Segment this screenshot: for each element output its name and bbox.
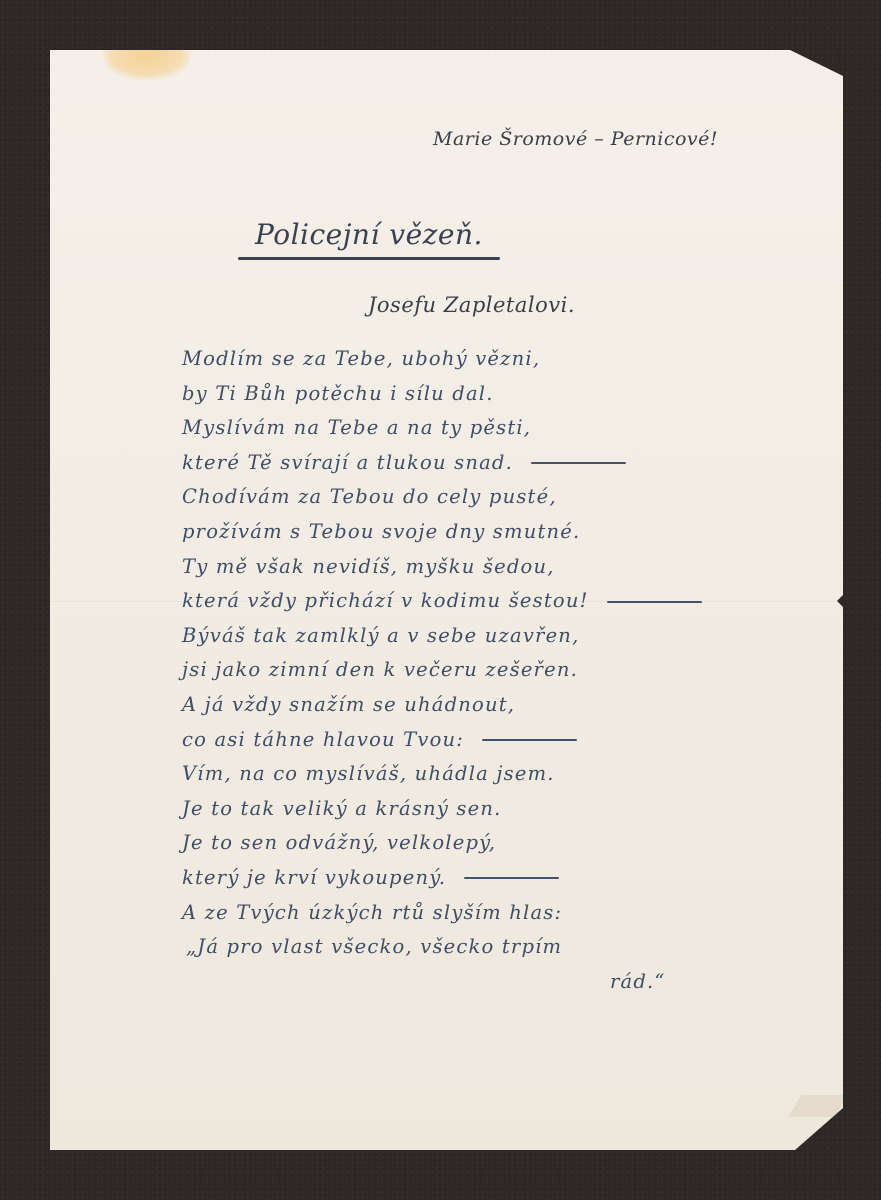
poem-line: by Ti Bůh potěchu i sílu dal. bbox=[182, 377, 822, 412]
poem-line: Modlím se za Tebe, ubohý vězni, bbox=[182, 342, 822, 377]
paper-stain bbox=[102, 50, 192, 80]
paper-corner-crease bbox=[789, 1095, 848, 1117]
poem-line: Chodívám za Tebou do cely pusté, bbox=[182, 480, 822, 515]
poem-body: Modlím se za Tebe, ubohý vězni, by Ti Bů… bbox=[182, 342, 822, 999]
poem-line: Myslívám na Tebe a na ty pěsti, bbox=[182, 411, 822, 446]
poem-line: prožívám s Tebou svoje dny smutné. bbox=[182, 515, 822, 550]
poem-line: Býváš tak zamlklý a v sebe uzavřen, bbox=[182, 619, 822, 654]
poem-line: co asi táhne hlavou Tvou: bbox=[182, 723, 822, 758]
paper-fold-notch bbox=[837, 595, 843, 607]
poem-line: které Tě svírají a tlukou snad. bbox=[182, 446, 822, 481]
poem-title: Policejní vězeň. bbox=[255, 218, 483, 251]
dedication: Marie Šromové – Pernicové! bbox=[433, 128, 718, 150]
poem-line: A ze Tvých úzkých rtů slyším hlas: bbox=[182, 896, 822, 931]
title-underline bbox=[238, 257, 500, 260]
poem-line: Ty mě však nevidíš, myšku šedou, bbox=[182, 550, 822, 585]
poem-line: Je to sen odvážný, velkolepý, bbox=[182, 826, 822, 861]
stanza-end-dash bbox=[482, 739, 577, 741]
manuscript-page: Marie Šromové – Pernicové! Policejní věz… bbox=[50, 50, 843, 1150]
poem-line: který je krví vykoupený. bbox=[182, 861, 822, 896]
poem-line: jsi jako zimní den k večeru zešeřen. bbox=[182, 653, 822, 688]
poem-line: Vím, na co myslíváš, uhádla jsem. bbox=[182, 757, 822, 792]
poem-line: rád.“ bbox=[182, 965, 822, 1000]
poem-subtitle: Josefu Zapletalovi. bbox=[368, 293, 575, 317]
stanza-end-dash bbox=[607, 601, 702, 603]
stanza-end-dash bbox=[531, 462, 626, 464]
poem-line: Je to tak veliký a krásný sen. bbox=[182, 792, 822, 827]
poem-line: A já vždy snažím se uhádnout, bbox=[182, 688, 822, 723]
poem-line: která vždy přichází v kodimu šestou! bbox=[182, 584, 822, 619]
poem-line: „Já pro vlast všecko, všecko trpím bbox=[182, 930, 822, 965]
stanza-end-dash bbox=[464, 877, 559, 879]
